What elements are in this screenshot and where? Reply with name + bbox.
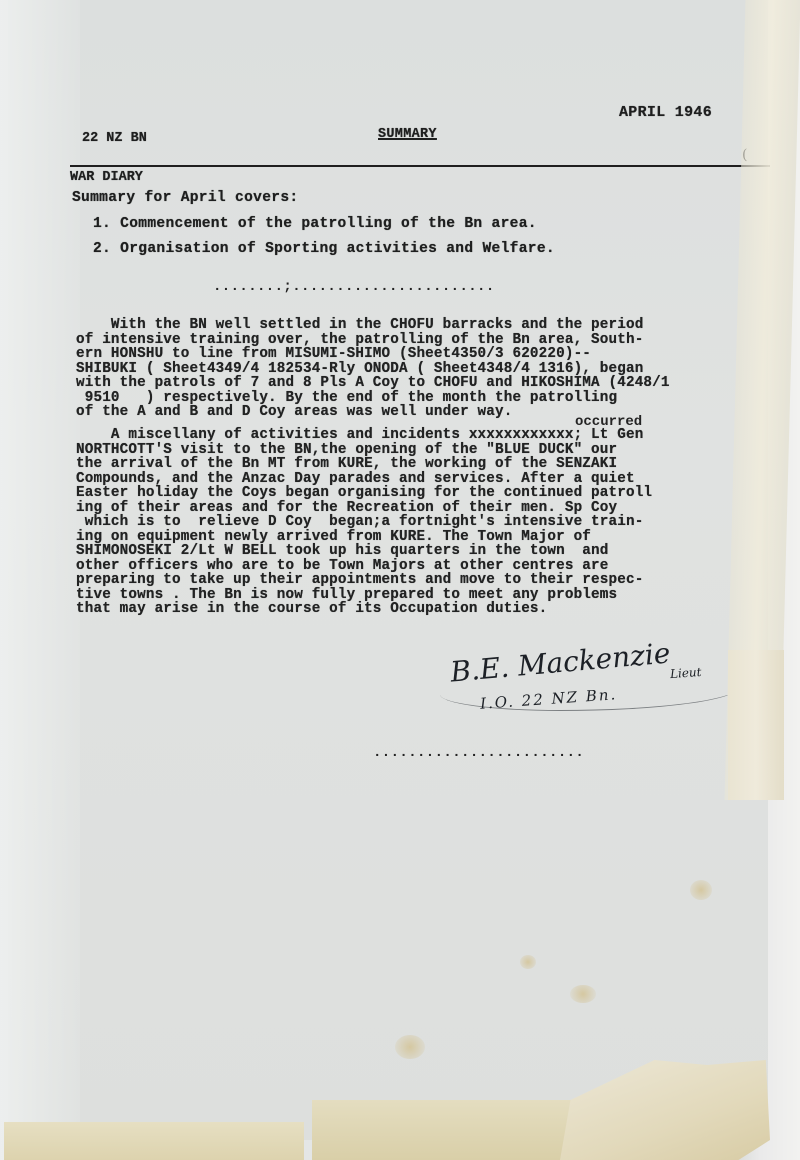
date-header: APRIL 1946 [619, 105, 712, 121]
paragraph-2-line: other officers who are to be Town Majors… [76, 559, 776, 574]
paragraph-1-line: of the A and B and D Coy areas was well … [76, 405, 776, 420]
paragraph-2-line: A miscellany of activities and incidents… [76, 428, 776, 443]
stain [570, 985, 596, 1003]
paragraph-2-line: SHIMONOSEKI 2/Lt W BELL took up his quar… [76, 544, 776, 559]
tape-strip-right-lower [728, 650, 784, 800]
paragraph-1-line: With the BN well settled in the CHOFU ba… [76, 318, 776, 333]
paragraph-2-line: which is to relieve D Coy began;a fortni… [76, 515, 776, 530]
header-rule [70, 165, 770, 167]
paragraph-1-line: SHIBUKI ( Sheet4349/4 182534-Rly ONODA (… [76, 362, 776, 377]
tissue-overlay [0, 0, 80, 1160]
tape-strip-bottom [4, 1122, 304, 1160]
paragraph-2-line: Easter holiday the Coys began organising… [76, 486, 776, 501]
stain [690, 880, 712, 900]
paragraph-2-line: Compounds, and the Anzac Day parades and… [76, 472, 776, 487]
paragraph-2-line: ing on equipment newly arrived from KURE… [76, 530, 776, 545]
paragraph-2-line: tive towns . The Bn is now fully prepare… [76, 588, 776, 603]
paragraph-1-line: 9510 ) respectively. By the end of the m… [76, 391, 776, 406]
paragraph-2-line: NORTHCOTT'S visit to the BN,the opening … [76, 443, 776, 458]
paragraph-1-line: with the patrols of 7 and 8 Pls A Coy to… [76, 376, 776, 391]
separator-bottom: ........................ [373, 745, 584, 761]
paragraph-2-line: ing of their areas and for the Recreatio… [76, 501, 776, 516]
summary-item-2: 2. Organisation of Sporting activities a… [93, 241, 555, 257]
page-title: SUMMARY [378, 127, 437, 143]
stain [395, 1035, 425, 1059]
separator-top: ........;....................... [213, 279, 495, 295]
paragraph-2-line: preparing to take up their appointments … [76, 573, 776, 588]
scanned-page: 22 NZ BN WAR DIARY SUMMARY APRIL 1946 ( … [0, 0, 800, 1160]
signature-rank: Lieut [670, 665, 702, 681]
summary-item-1: 1. Commencement of the patrolling of the… [93, 216, 537, 232]
paragraph-1-line: of intensive training over, the patrolli… [76, 333, 776, 348]
tape-strip-bottom [312, 1100, 572, 1160]
signature-block: B.E. Mackenzie Lieut I.O. 22 NZ Bn. [440, 640, 740, 720]
paragraph-2-line: the arrival of the Bn MT from KURE, the … [76, 457, 776, 472]
stain [520, 955, 536, 969]
unit-line-1: 22 NZ BN [70, 132, 147, 145]
paragraph-2: A miscellany of activities and incidents… [76, 428, 776, 617]
unit-line-2: WAR DIARY [70, 171, 147, 184]
paragraph-1-line: ern HONSHU to line from MISUMI-SHIMO (Sh… [76, 347, 776, 362]
paragraph-2-line: that may arise in the course of its Occu… [76, 602, 776, 617]
summary-intro: Summary for April covers: [72, 190, 298, 206]
paragraph-1: With the BN well settled in the CHOFU ba… [76, 318, 776, 420]
